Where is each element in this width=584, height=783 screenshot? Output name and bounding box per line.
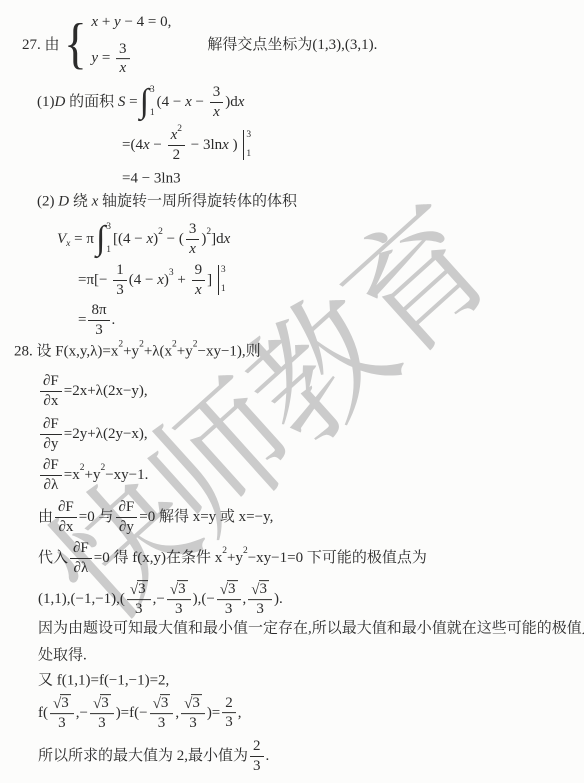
radicand: 3	[227, 580, 238, 598]
fraction-numerator: ∂F	[55, 499, 77, 518]
vertical-bar-icon	[243, 130, 244, 160]
upper-bound: 3	[246, 131, 251, 141]
text: (4 −	[157, 93, 185, 112]
text: +	[98, 13, 114, 32]
radicand: 3	[137, 580, 148, 598]
superscript: 2	[177, 124, 182, 134]
text: 1	[116, 262, 124, 279]
fraction-denominator: 3	[113, 281, 127, 299]
fraction-denominator: ∂λ	[71, 559, 92, 577]
superscript: 2	[206, 227, 211, 239]
evaluation-bar: 31	[243, 130, 251, 160]
fraction-denominator: ∂y	[116, 518, 137, 536]
fraction: 13	[113, 262, 127, 298]
fraction-denominator: 3	[155, 714, 169, 732]
text: +	[174, 271, 190, 290]
integral-bounds: 31	[106, 223, 111, 255]
fraction-denominator: 3	[92, 321, 106, 339]
line-27-2-heading: (2) D 绕 x 轴旋转一周所得旋转体的体积	[37, 193, 297, 212]
fraction-numerator: 2	[222, 695, 236, 714]
fraction-numerator: √3	[90, 694, 114, 714]
text: 处取得.	[38, 647, 87, 666]
solution-document-page: 快师教育 27. 由{x + y − 4 = 0,y = 3x解得交点坐标为(1…	[0, 0, 584, 783]
text: 代入	[38, 549, 68, 568]
radicand: 3	[100, 694, 111, 712]
fraction-numerator: √3	[181, 694, 205, 714]
fraction: x22	[168, 127, 185, 163]
superscript: 2	[80, 463, 85, 475]
math-variable: x	[92, 193, 99, 212]
fraction-numerator: ∂F	[40, 373, 62, 392]
fraction-numerator: √3	[127, 580, 151, 600]
text: − (	[163, 230, 184, 249]
text: 轴旋转一周所得旋转体的体积	[98, 193, 297, 212]
equation-system: {x + y − 4 = 0,y = 3x	[62, 13, 172, 77]
math-variable: y	[91, 50, 98, 69]
text: 3	[158, 715, 166, 732]
fraction-numerator: 9	[192, 262, 206, 281]
text: 3	[189, 221, 197, 238]
text: ,−	[76, 704, 88, 723]
fraction: √33	[167, 580, 191, 618]
fraction: 3x	[116, 41, 130, 77]
text: .	[112, 311, 116, 330]
text: =0 得 f(x,y)在条件 x	[94, 549, 222, 568]
fraction-numerator: 2	[250, 738, 264, 757]
text: 3	[98, 715, 106, 732]
upper-bound: 3	[106, 223, 111, 233]
math-variable: x	[224, 230, 231, 249]
text: (1)	[37, 93, 55, 112]
superscript: 2	[222, 546, 227, 558]
fraction: 23	[222, 695, 236, 731]
text: =4 − 3ln3	[122, 170, 181, 189]
text: )=	[207, 704, 220, 723]
integral-icon: ∫	[140, 88, 149, 117]
text: 3	[253, 758, 261, 775]
line-27-system: 27. 由{x + y − 4 = 0,y = 3x解得交点坐标为(1,3),(…	[22, 13, 377, 77]
text: ∂F	[119, 499, 135, 516]
fraction: 3x	[210, 84, 224, 120]
text: 由	[38, 508, 53, 527]
text: ),(−	[193, 590, 215, 609]
eval-bounds: 31	[246, 131, 251, 159]
radicand: 3	[60, 694, 71, 712]
text: 8π	[91, 302, 106, 319]
lower-bound: 1	[106, 246, 111, 256]
lower-bound: 1	[150, 109, 155, 119]
line-28-f-values-2: f(√33,−√33)=f(−√33,√33)=23,	[38, 694, 242, 732]
fraction-denominator: 3	[253, 600, 267, 618]
square-root: √3	[153, 694, 171, 712]
fraction-denominator: ∂x	[40, 392, 61, 410]
system-row: x + y − 4 = 0,	[91, 13, 171, 32]
math-variable: x	[143, 136, 150, 155]
line-28-substitute: 代入∂F∂λ=0 得 f(x,y)在条件 x2+y2−xy−1=0 下可能的极值…	[38, 540, 427, 576]
square-root: √3	[220, 580, 238, 598]
fraction: 8π3	[88, 302, 109, 338]
line-27-1-antiderivative: =(4x − x22 − 3lnx ) 31	[122, 127, 251, 163]
text: [(4 −	[113, 230, 146, 249]
fraction: √33	[127, 580, 151, 618]
fraction-numerator: 3	[210, 84, 224, 103]
eval-bounds: 31	[221, 266, 226, 294]
superscript: 3	[169, 268, 174, 280]
fraction-numerator: √3	[150, 694, 174, 714]
text: (2)	[37, 193, 58, 212]
superscript: 2	[158, 227, 163, 239]
math-variable: x	[238, 93, 245, 112]
radicand: 3	[191, 694, 202, 712]
text: =π[−	[78, 271, 111, 290]
math-variable: V	[57, 230, 66, 249]
lower-bound: 1	[221, 285, 226, 295]
text: f(	[38, 704, 48, 723]
text: ∂y	[119, 519, 134, 536]
text: 3	[95, 322, 103, 339]
math-variable: y	[114, 13, 121, 32]
lower-bound: 1	[246, 150, 251, 160]
text: 3	[213, 84, 221, 101]
fraction: √33	[217, 580, 241, 618]
integral-bounds: 31	[150, 86, 155, 118]
fraction-numerator: ∂F	[40, 457, 62, 476]
line-28-solve-xy: 由∂F∂x=0 与∂F∂y=0 解得 x=y 或 x=−y,	[38, 499, 273, 535]
math-variable: x	[189, 241, 196, 258]
system-rows: x + y − 4 = 0,y = 3x	[91, 13, 171, 77]
fraction-denominator: 3	[222, 714, 236, 732]
fraction: ∂F∂y	[40, 416, 62, 452]
text: 因为由题设可知最大值和最小值一定存在,所以最大值和最小值就在这些可能的极值点	[38, 620, 584, 639]
text: −xy−1=0 下可能的极值点为	[248, 549, 427, 568]
fraction-denominator: 3	[55, 714, 69, 732]
fraction: 3x	[186, 221, 200, 257]
line-28-setup: 28. 设 F(x,y,λ)=x2+y2+λ(x2+y2−xy−1),则	[14, 343, 261, 362]
fraction-numerator: 1	[113, 262, 127, 281]
text: =0 与	[79, 508, 114, 527]
text: 所以所求的最大值为 2,最小值为	[38, 747, 248, 766]
text: ∂λ	[44, 477, 59, 494]
fraction: 9x	[192, 262, 206, 298]
text: =0 解得 x=y 或 x=−y,	[139, 508, 273, 527]
upper-bound: 3	[221, 266, 226, 276]
text: =2y+λ(2y−x),	[64, 425, 148, 444]
text: −	[150, 136, 166, 155]
integral: ∫31	[96, 223, 111, 255]
upper-bound: 3	[150, 86, 155, 96]
text: ,−	[153, 590, 165, 609]
text: 3	[225, 715, 233, 732]
text: 3	[256, 601, 264, 618]
math-variable: x	[213, 104, 220, 121]
math-variable: x	[185, 93, 192, 112]
line-28-f-values-1: 又 f(1,1)=f(−1,−1)=2,	[38, 672, 169, 691]
fraction: ∂F∂x	[40, 373, 62, 409]
vertical-bar-icon	[218, 265, 219, 295]
text: ).	[274, 590, 283, 609]
radicand: 3	[160, 694, 171, 712]
text: +y	[123, 343, 139, 362]
text: )=f(−	[116, 704, 148, 723]
text: − 3ln	[187, 136, 222, 155]
text: − 4 = 0,	[121, 13, 172, 32]
text: =	[98, 50, 114, 69]
fraction-denominator: 3	[186, 714, 200, 732]
line-27-1-area-integral: (1)D 的面积 S =∫31(4 − x − 3x)dx	[37, 84, 244, 120]
line-28-existence-1: 因为由题设可知最大值和最小值一定存在,所以最大值和最小值就在这些可能的极值点	[38, 620, 584, 639]
text: 2	[173, 147, 181, 164]
superscript: 2	[118, 340, 123, 352]
line-28-conclusion: 所以所求的最大值为 2,最小值为23.	[38, 738, 269, 774]
fraction-denominator: 3	[250, 757, 264, 775]
math-variable: x	[119, 60, 126, 77]
math-variable: x	[91, 13, 98, 32]
fraction: √33	[50, 694, 74, 732]
fraction-numerator: √3	[248, 580, 272, 600]
radicand: 3	[177, 580, 188, 598]
text: ∂F	[43, 373, 59, 390]
square-root: √3	[184, 694, 202, 712]
fraction: √33	[150, 694, 174, 732]
text: −xy−1.	[105, 466, 148, 485]
line-27-2-antiderivative: =π[− 13(4 − x)3 + 9x] 31	[78, 262, 226, 298]
text: +λ(x	[144, 343, 172, 362]
superscript: 2	[100, 463, 105, 475]
text: +y	[227, 549, 243, 568]
line-27-1-result: =4 − 3ln3	[122, 170, 181, 189]
line-28-dFdx: ∂F∂x=2x+λ(2x−y),	[38, 373, 148, 409]
fraction-denominator: x	[192, 281, 205, 299]
text: ∂F	[43, 457, 59, 474]
math-variable: S	[118, 93, 126, 112]
fraction-denominator: ∂y	[40, 435, 61, 453]
fraction: 23	[250, 738, 264, 774]
text: =	[78, 311, 86, 330]
text: 解得交点坐标为(1,3),(3,1).	[207, 36, 377, 55]
math-variable: x	[222, 136, 229, 155]
superscript: 2	[193, 340, 198, 352]
text: +y	[84, 466, 100, 485]
fraction-numerator: √3	[217, 580, 241, 600]
square-root: √3	[170, 580, 188, 598]
square-root: √3	[53, 694, 71, 712]
fraction-numerator: 8π	[88, 302, 109, 321]
text: ,	[243, 590, 247, 609]
fraction-numerator: 3	[116, 41, 130, 60]
math-variable: x	[157, 271, 164, 290]
math-variable: x	[146, 230, 153, 249]
line-28-existence-2: 处取得.	[38, 647, 87, 666]
superscript: 2	[172, 340, 177, 352]
text: =2x+λ(2x−y),	[64, 382, 148, 401]
text: ∂y	[43, 436, 58, 453]
square-root: √3	[251, 580, 269, 598]
math-variable: x	[195, 282, 202, 299]
text: (1,1),(−1,−1),(	[38, 590, 125, 609]
fraction-numerator: 3	[186, 221, 200, 240]
fraction-denominator: 3	[132, 600, 146, 618]
text: =	[125, 93, 137, 112]
line-28-dFdlambda: ∂F∂λ=x2+y2−xy−1.	[38, 457, 148, 493]
fraction: √33	[181, 694, 205, 732]
text: 又 f(1,1)=f(−1,−1)=2,	[38, 672, 169, 691]
fraction: ∂F∂y	[116, 499, 138, 535]
line-28-critical-points: (1,1),(−1,−1),(√33,−√33),(−√33,√33).	[38, 580, 283, 618]
fraction-denominator: ∂x	[55, 518, 76, 536]
brace-icon: {	[64, 23, 87, 68]
integral-icon: ∫	[96, 225, 105, 254]
text: =x	[64, 466, 80, 485]
fraction: ∂F∂x	[55, 499, 77, 535]
fraction-numerator: ∂F	[116, 499, 138, 518]
fraction: ∂F∂λ	[70, 540, 92, 576]
line-27-2-volume-integral: Vx = π∫31[(4 − x)2 − (3x)2]dx	[57, 221, 230, 257]
fraction-denominator: ∂λ	[41, 476, 62, 494]
superscript: 2	[139, 340, 144, 352]
text: 2	[253, 738, 261, 755]
fraction: √33	[248, 580, 272, 618]
text: ∂F	[73, 540, 89, 557]
superscript: 2	[243, 546, 248, 558]
fraction-denominator: 3	[95, 714, 109, 732]
fraction-numerator: x2	[168, 127, 185, 146]
text: ,	[238, 704, 242, 723]
text: ,	[175, 704, 179, 723]
square-root: √3	[93, 694, 111, 712]
text: 3	[116, 282, 124, 299]
integral: ∫31	[140, 86, 155, 118]
fraction-denominator: 3	[172, 600, 186, 618]
text: 3	[189, 715, 197, 732]
text: 3	[119, 41, 127, 58]
text: 3	[175, 601, 183, 618]
radicand: 3	[259, 580, 270, 598]
text: 27. 由	[22, 36, 60, 55]
line-28-dFdy: ∂F∂y=2y+λ(2y−x),	[38, 416, 148, 452]
text: 3	[225, 601, 233, 618]
fraction-denominator: x	[116, 59, 129, 77]
text: ∂x	[58, 519, 73, 536]
text: 9	[195, 262, 203, 279]
text: 3	[58, 715, 66, 732]
text: = π	[70, 230, 94, 249]
text: −xy−1),则	[198, 343, 261, 362]
text: 3	[135, 601, 143, 618]
fraction-denominator: 3	[222, 600, 236, 618]
text: =(4	[122, 136, 143, 155]
text: ]d	[211, 230, 224, 249]
text: ∂F	[58, 499, 74, 516]
fraction-denominator: x	[210, 103, 223, 121]
text: .	[266, 747, 270, 766]
line-27-2-result: =8π3.	[78, 302, 115, 338]
fraction-numerator: ∂F	[70, 540, 92, 559]
text: (4 −	[129, 271, 157, 290]
math-variable: D	[55, 93, 66, 112]
text: 的面积	[65, 93, 118, 112]
text: 绕	[69, 193, 92, 212]
text: ]	[207, 271, 216, 290]
text: )	[229, 136, 242, 155]
text: ∂λ	[74, 560, 89, 577]
fraction-denominator: 2	[170, 146, 184, 164]
fraction-denominator: x	[186, 240, 199, 258]
subscript: x	[66, 239, 70, 251]
fraction: ∂F∂λ	[40, 457, 62, 493]
fraction: √33	[90, 694, 114, 732]
text: ∂x	[43, 393, 58, 410]
text: 28. 设 F(x,y,λ)=x	[14, 343, 118, 362]
math-variable: x	[171, 127, 178, 144]
fraction-numerator: √3	[167, 580, 191, 600]
math-variable: D	[58, 193, 69, 212]
evaluation-bar: 31	[218, 265, 226, 295]
square-root: √3	[130, 580, 148, 598]
system-row: y = 3x	[91, 41, 171, 77]
text: +y	[177, 343, 193, 362]
text: 2	[225, 695, 233, 712]
fraction-numerator: √3	[50, 694, 74, 714]
fraction-numerator: ∂F	[40, 416, 62, 435]
text: −	[192, 93, 208, 112]
text: ∂F	[43, 416, 59, 433]
text: )d	[225, 93, 238, 112]
